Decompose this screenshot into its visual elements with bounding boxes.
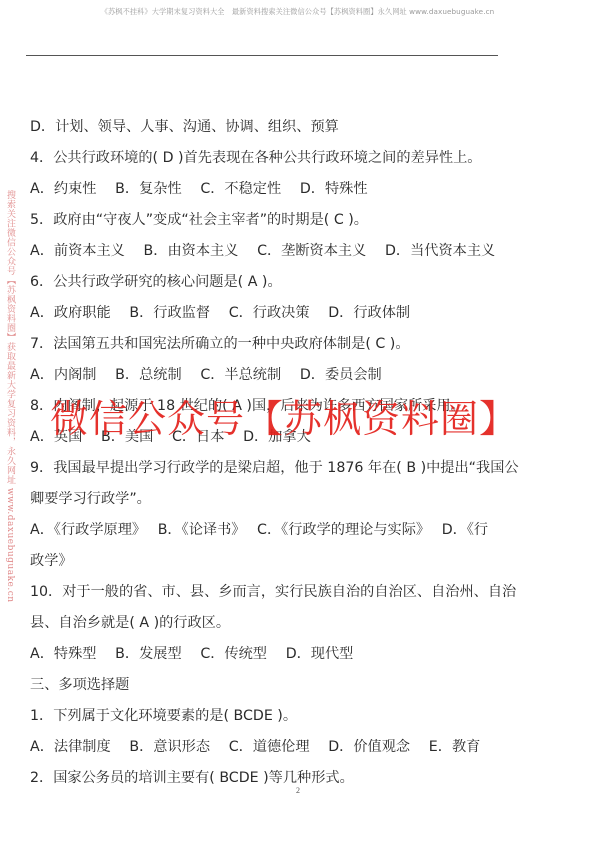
- overlay-watermark: 微信公众号【苏枫资料圈】: [50, 397, 518, 441]
- options-5: A．前资本主义 B．由资本主义 C．垄断资本主义 D．当代资本主义: [30, 242, 495, 260]
- mc-question-2: 2．国家公务员的培训主要有( BCDE )等几种形式。: [30, 769, 354, 787]
- options-7: A．内阁制 B．总统制 C．半总统制 D．委员会制: [30, 366, 382, 384]
- page-number: 2: [296, 786, 300, 795]
- question-7: 7．法国第五共和国宪法所确立的一种中央政府体制是( C )。: [30, 335, 410, 353]
- question-9-cont: 卿要学习行政学”。: [30, 490, 151, 508]
- question-6: 6．公共行政学研究的核心问题是( A )。: [30, 273, 282, 291]
- question-9: 9．我国最早提出学习行政学的是梁启超，他于 1876 年在( B )中提出“我国…: [30, 459, 519, 477]
- options-6: A．政府职能 B．行政监督 C．行政决策 D．行政体制: [30, 304, 410, 322]
- options-10: A．特殊型 B．发展型 C．传统型 D．现代型: [30, 645, 353, 663]
- header-divider: [26, 55, 498, 56]
- options-9-cont: 政学》: [30, 552, 73, 570]
- question-10: 10．对于一般的省、市、县、乡而言，实行民族自治的自治区、自治州、自治: [30, 583, 516, 601]
- section-heading: 三、多项选择题: [30, 676, 129, 694]
- question-4: 4．公共行政环境的( D )首先表现在各种公共行政环境之间的差异性上。: [30, 149, 481, 167]
- question-10-cont: 县、自治乡就是( A )的行政区。: [30, 614, 230, 632]
- options-9: A．《行政学原理》 B．《论译书》 C．《行政学的理论与实际》 D．《行: [30, 521, 488, 539]
- side-watermark: 搜索关注微信公众号【苏枫资料圈】获取最新大学复习资料，永久网址 www.daxu…: [3, 190, 17, 603]
- mc-options-1: A．法律制度 B．意识形态 C．道德伦理 D．价值观念 E．教育: [30, 738, 480, 756]
- header-banner: 《苏枫不挂科》大学期末复习资料大全 最新资料搜索关注微信公众号【苏枫资料圈】永久…: [0, 7, 595, 17]
- mc-question-1: 1．下列属于文化环境要素的是( BCDE )。: [30, 707, 297, 725]
- text-line: D．计划、领导、人事、沟通、协调、组织、预算: [30, 118, 339, 136]
- options-4: A．约束性 B．复杂性 C．不稳定性 D．特殊性: [30, 180, 368, 198]
- question-5: 5．政府由“守夜人”变成“社会主宰者”的时期是( C )。: [30, 211, 368, 229]
